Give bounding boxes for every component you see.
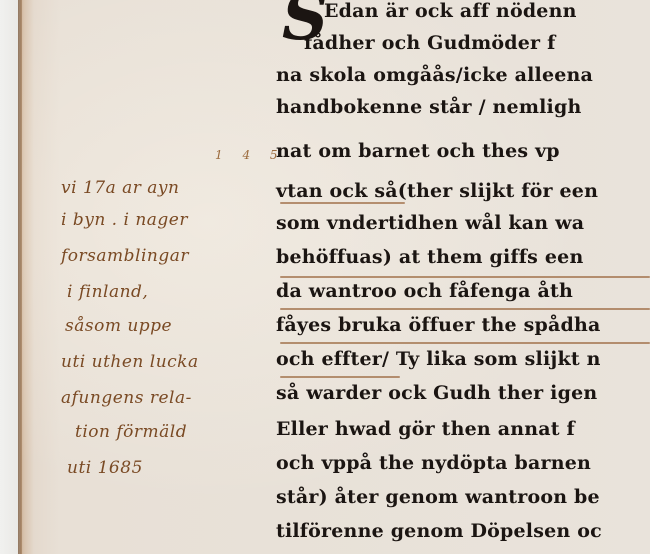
handwritten-marginalia: vi 17a ar ayn i byn . i nager forsamblin…	[55, 150, 275, 490]
printed-line: och vppå the nydöpta barnen	[276, 452, 591, 474]
marginalia-line: uti 1685	[67, 458, 143, 478]
printed-line: behöffuas) at them giffs een	[276, 246, 584, 268]
ink-underline	[280, 276, 650, 278]
printed-line: Edan är ock aff nödenn	[324, 0, 577, 22]
page-edge	[18, 0, 22, 554]
ink-underline	[280, 202, 405, 204]
ink-underline	[280, 342, 650, 344]
printed-line: vtan ock så(ther slijkt för een	[276, 180, 598, 202]
printed-line: så warder ock Gudh ther igen	[276, 382, 597, 404]
printed-line: handbokenne står / nemligh	[276, 96, 581, 118]
marginalia-line: i finland,	[67, 282, 148, 302]
printed-line: står) åter genom wantroon be	[276, 486, 600, 508]
marginalia-line: forsamblingar	[61, 246, 189, 266]
printed-line: fådher och Gudmöder f	[304, 32, 555, 54]
printed-line: som vndertidhen wål kan wa	[276, 212, 584, 234]
marginalia-line: vi 17a ar ayn	[61, 178, 179, 198]
printed-line: fåyes bruka öffuer the spådha	[276, 314, 600, 336]
marginalia-line: afungens rela-	[61, 388, 192, 408]
printed-line: och effter/ Ty lika som slijkt n	[276, 348, 601, 370]
printed-line: Eller hwad gör then annat f	[276, 418, 575, 440]
printed-line: tilförenne genom Döpelsen oc	[276, 520, 602, 542]
marginalia-line: såsom uppe	[65, 316, 172, 336]
ink-underline	[280, 308, 650, 310]
printed-text-block: S Edan är ock aff nödenn fådher och Gudm…	[270, 0, 650, 554]
printed-line: nat om barnet och thes vp	[276, 140, 560, 162]
marginalia-line: i byn . i nager	[61, 210, 188, 230]
printed-line: da wantroo och fåfenga åth	[276, 280, 573, 302]
marginalia-line: uti uthen lucka	[61, 352, 199, 372]
marginalia-line: tion förmäld	[75, 422, 187, 442]
background-surface	[0, 0, 20, 554]
ink-underline	[280, 376, 400, 378]
printed-line: na skola omgåås/icke alleena	[276, 64, 593, 86]
